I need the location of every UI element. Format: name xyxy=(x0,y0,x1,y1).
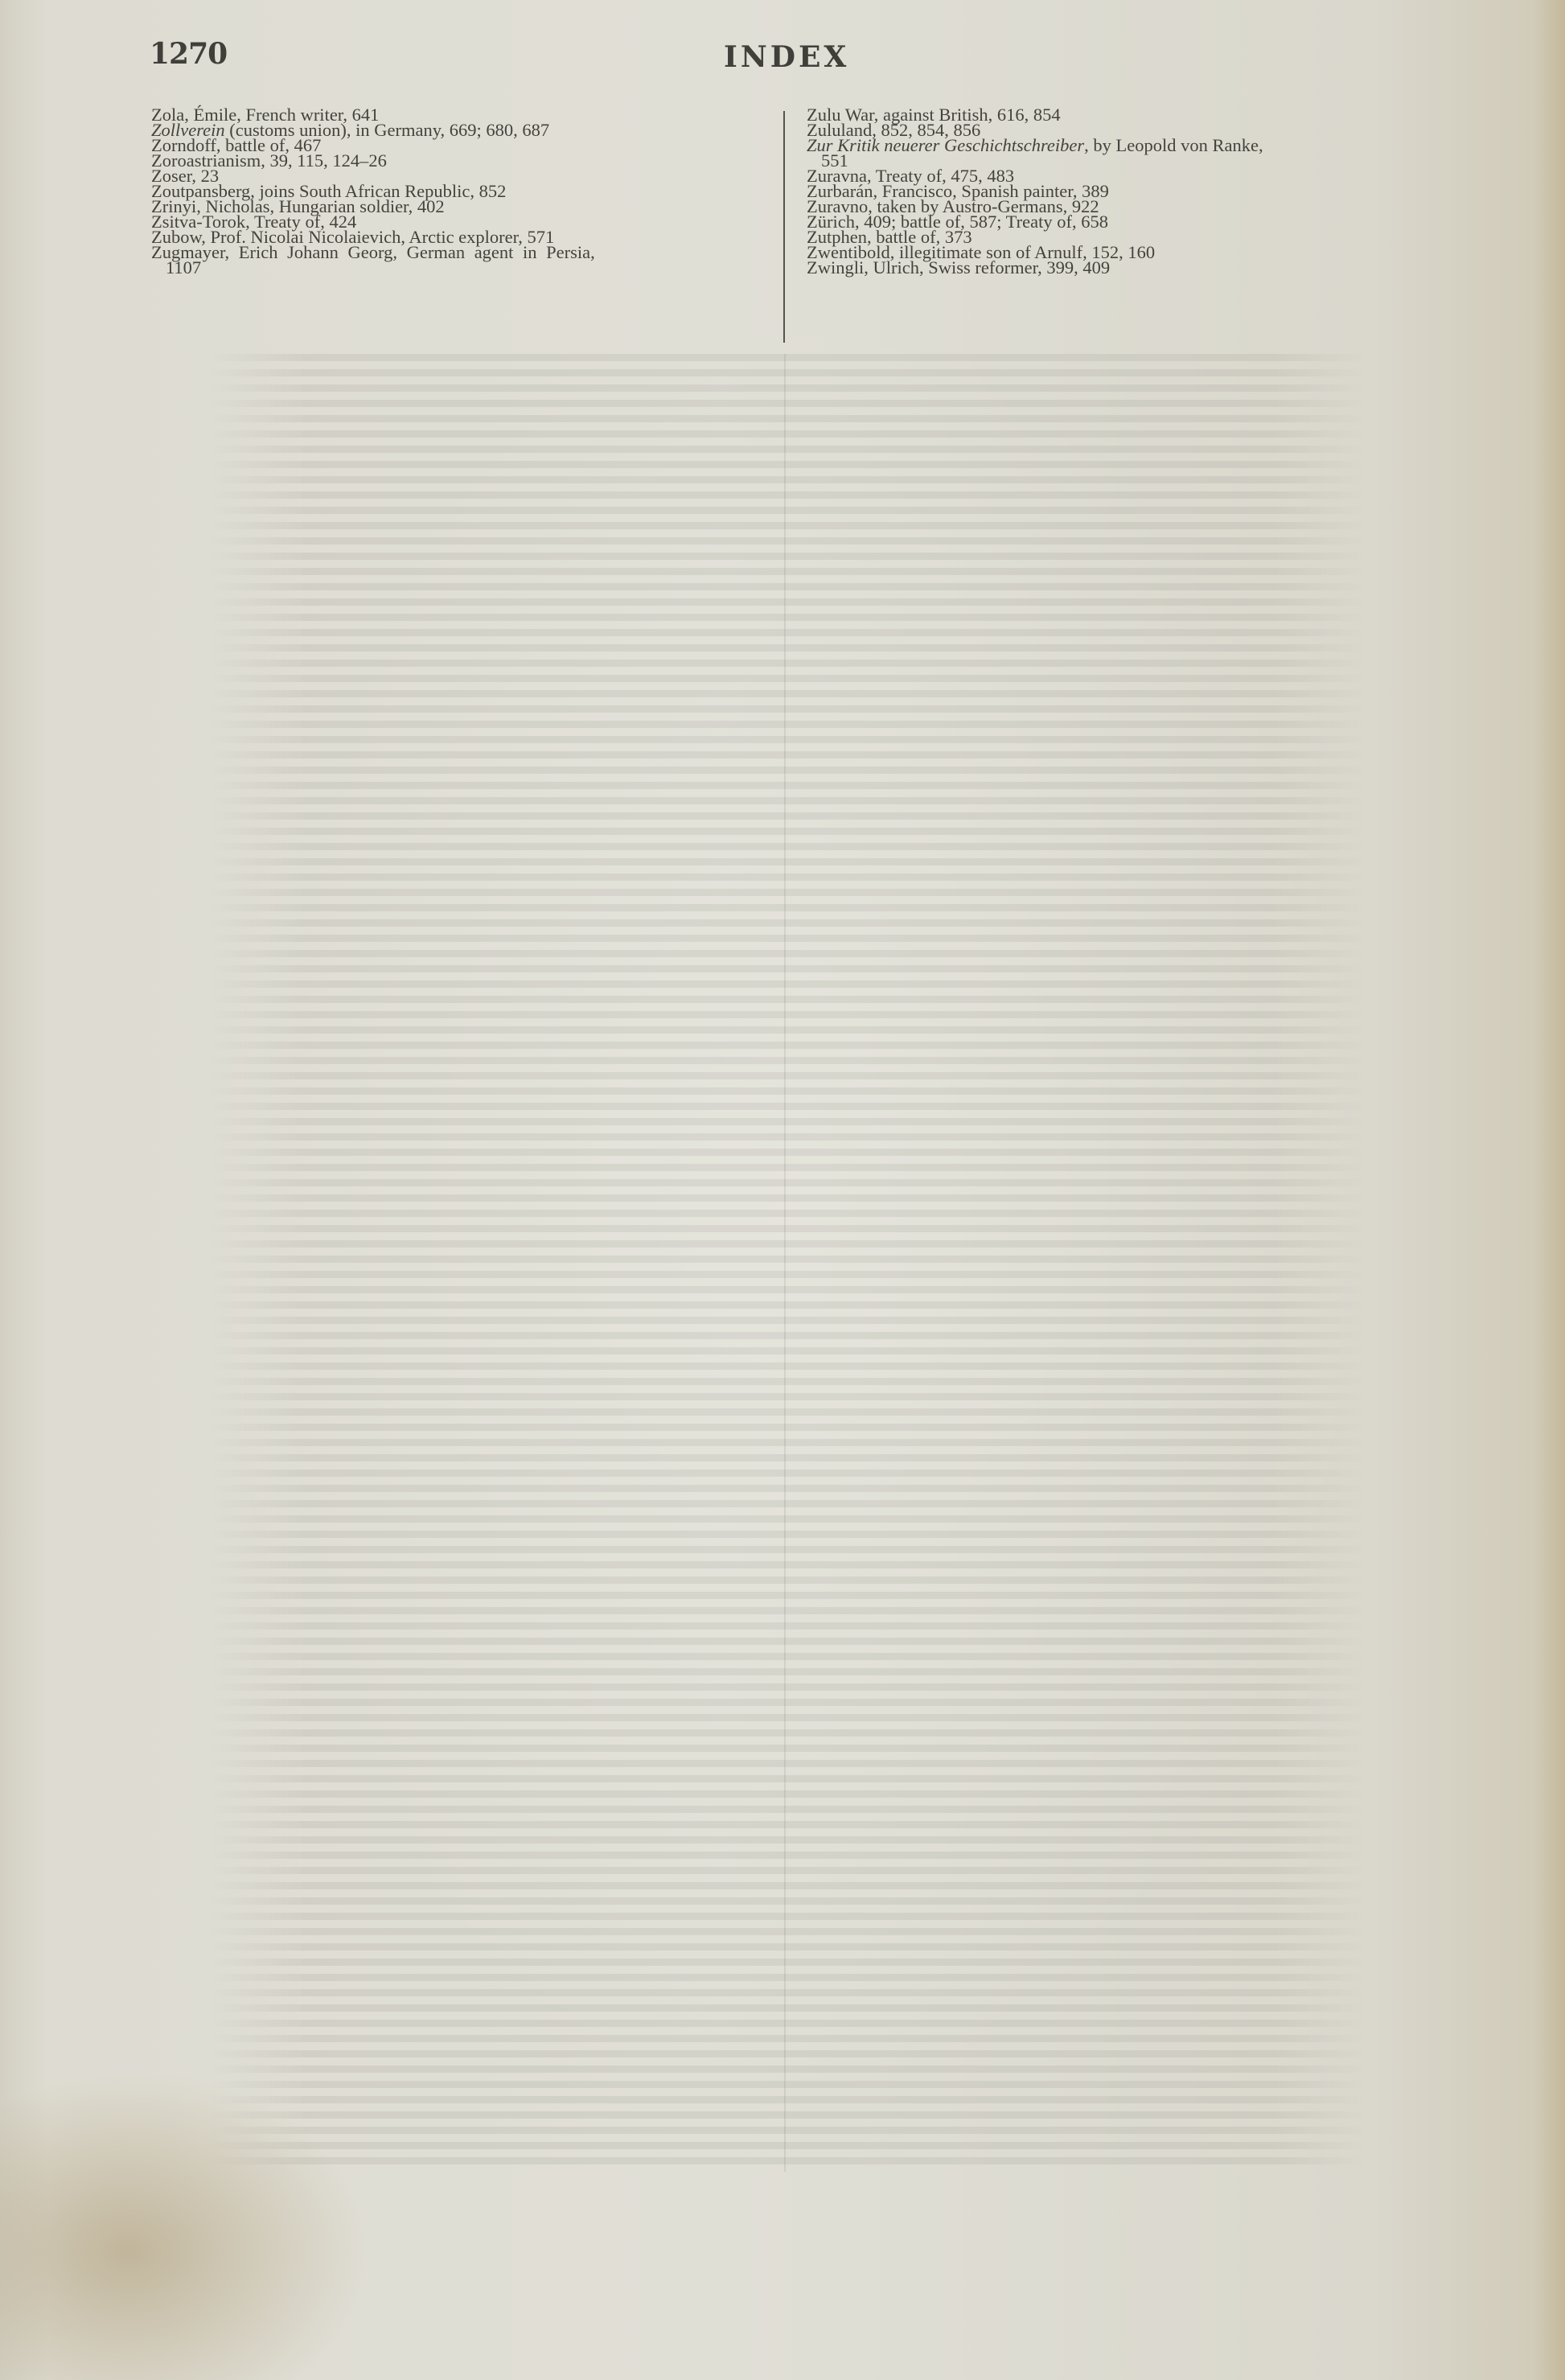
index-column-right: Zulu War, against British, 616, 854 Zulu… xyxy=(807,107,1442,275)
page-number: 1270 xyxy=(150,37,227,71)
entry-italic-term: Zur Kritik neuerer Geschichtschreiber xyxy=(807,135,1084,155)
index-column-left: Zola, Émile, French writer, 641 Zollvere… xyxy=(151,107,762,275)
show-through-text xyxy=(209,354,1367,2172)
scanned-page: 1270 INDEX Zola, Émile, French writer, 6… xyxy=(0,0,1565,2380)
index-entry: Zugmayer, Erich Johann Georg, German age… xyxy=(151,245,762,275)
index-entry: Zur Kritik neuerer Geschichtschreiber, b… xyxy=(807,138,1442,168)
index-entry: Zoroastrianism, 39, 115, 124–26 xyxy=(151,153,762,168)
column-divider xyxy=(783,111,785,343)
show-through-divider xyxy=(784,354,786,2172)
running-head: INDEX xyxy=(724,40,849,74)
worn-page-edge xyxy=(1533,0,1565,2380)
